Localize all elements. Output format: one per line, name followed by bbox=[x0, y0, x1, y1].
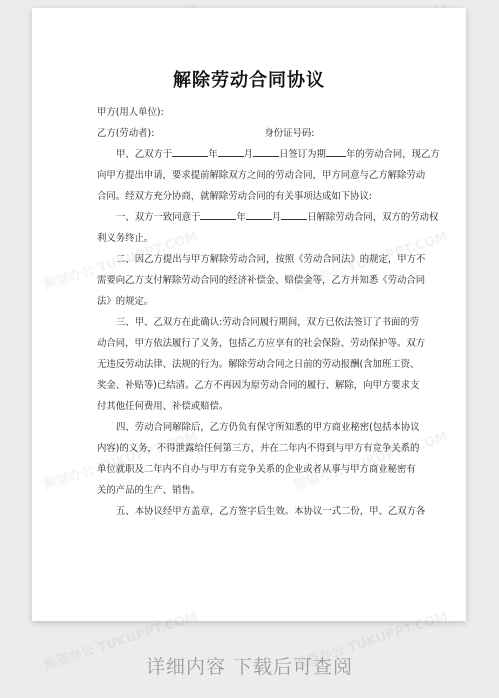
clause-3-line-4: 奖金、补贴等)已结清。乙方不再因为原劳动合同的履行、解除，向甲方要求支 bbox=[97, 375, 407, 396]
clause-3-line-2: 动合同，甲方依法履行了义务，包括乙方应享有的社会保险、劳动保护等。双方 bbox=[97, 333, 407, 354]
blank-month[interactable] bbox=[246, 209, 272, 220]
clause-3-line-5: 付其他任何费用、补偿或赔偿。 bbox=[97, 396, 407, 417]
party-b-line: 乙方(劳动者):身份证号码: bbox=[97, 123, 407, 144]
text: 日签订为期 bbox=[279, 149, 326, 160]
blank-term[interactable] bbox=[326, 146, 346, 157]
clause-4-line-2: 内容)的义务，不得泄露给任何第三方，并在二年内不得到与甲方有竞争关系的 bbox=[97, 438, 407, 459]
clause-3-line-3: 无违反劳动法律、法规的行为。解除劳动合同之日前的劳动报酬(含加班工资、 bbox=[97, 354, 407, 375]
clause-2-line-1: 二、因乙方提出与甲方解除劳动合同，按照《劳动合同法》的规定，甲方不 bbox=[97, 249, 407, 270]
text: 甲、乙双方于 bbox=[116, 149, 172, 160]
document-title: 解除劳动合同协议 bbox=[32, 66, 466, 92]
clause-5-line-1: 五、本协议经甲方盖章，乙方签字后生效。本协议一式二份，甲、乙双方各 bbox=[97, 501, 407, 522]
clause-4-line-3: 单位就职及二年内不自办与甲方有竞争关系的企业或者从事与甲方商业秘密有 bbox=[97, 459, 407, 480]
blank-day[interactable] bbox=[281, 209, 307, 220]
text: 日解除劳动合同，双方的劳动权 bbox=[307, 212, 438, 223]
id-number-label: 身份证号码: bbox=[264, 128, 314, 139]
text: 月 bbox=[244, 149, 253, 160]
clause-4-line-1: 四、劳动合同解除后，乙方仍负有保守所知悉的甲方商业秘密(包括本协议 bbox=[97, 417, 407, 438]
blank-day[interactable] bbox=[253, 146, 279, 157]
intro-line-1: 甲、乙双方于年月日签订为期年的劳动合同，现乙方 bbox=[97, 144, 407, 165]
clause-1-line-1: 一、双方一致同意于年月日解除劳动合同，双方的劳动权 bbox=[97, 207, 407, 228]
clause-4-line-4: 关的产品的生产、销售。 bbox=[97, 480, 407, 501]
document-page: 解除劳动合同协议 甲方(用人单位): 乙方(劳动者):身份证号码: 甲、乙双方于… bbox=[32, 8, 466, 621]
blank-year[interactable] bbox=[200, 209, 236, 220]
blank-year[interactable] bbox=[172, 146, 208, 157]
blank-month[interactable] bbox=[218, 146, 244, 157]
intro-line-2: 向甲方提出申请，要求提前解除双方之间的劳动合同，甲方同意与乙方解除劳动 bbox=[97, 165, 407, 186]
clause-3-line-1: 三、甲、乙双方在此确认:劳动合同履行期间，双方已依法签订了书面的劳 bbox=[97, 312, 407, 333]
text: 月 bbox=[272, 212, 281, 223]
text: 年的劳动合同，现乙方 bbox=[346, 149, 440, 160]
party-a-line: 甲方(用人单位): bbox=[97, 102, 407, 123]
party-b-label: 乙方(劳动者): bbox=[97, 128, 154, 139]
download-hint: 详细内容 下载后可查阅 bbox=[0, 652, 499, 679]
clause-2-line-3: 法》的规定。 bbox=[97, 291, 407, 312]
text: 年 bbox=[236, 212, 245, 223]
intro-line-3: 合同。经双方充分协商，就解除劳动合同的有关事项达成如下协议: bbox=[97, 186, 407, 207]
text: 年 bbox=[208, 149, 217, 160]
party-a-label: 甲方(用人单位): bbox=[97, 107, 164, 118]
clause-1-line-2: 利义务终止。 bbox=[97, 228, 407, 249]
text: 一、双方一致同意于 bbox=[116, 212, 200, 223]
document-body: 甲方(用人单位): 乙方(劳动者):身份证号码: 甲、乙双方于年月日签订为期年的… bbox=[97, 102, 407, 522]
clause-2-line-2: 需要向乙方支付解除劳动合同的经济补偿金、赔偿金等，乙方并知悉《劳动合同 bbox=[97, 270, 407, 291]
